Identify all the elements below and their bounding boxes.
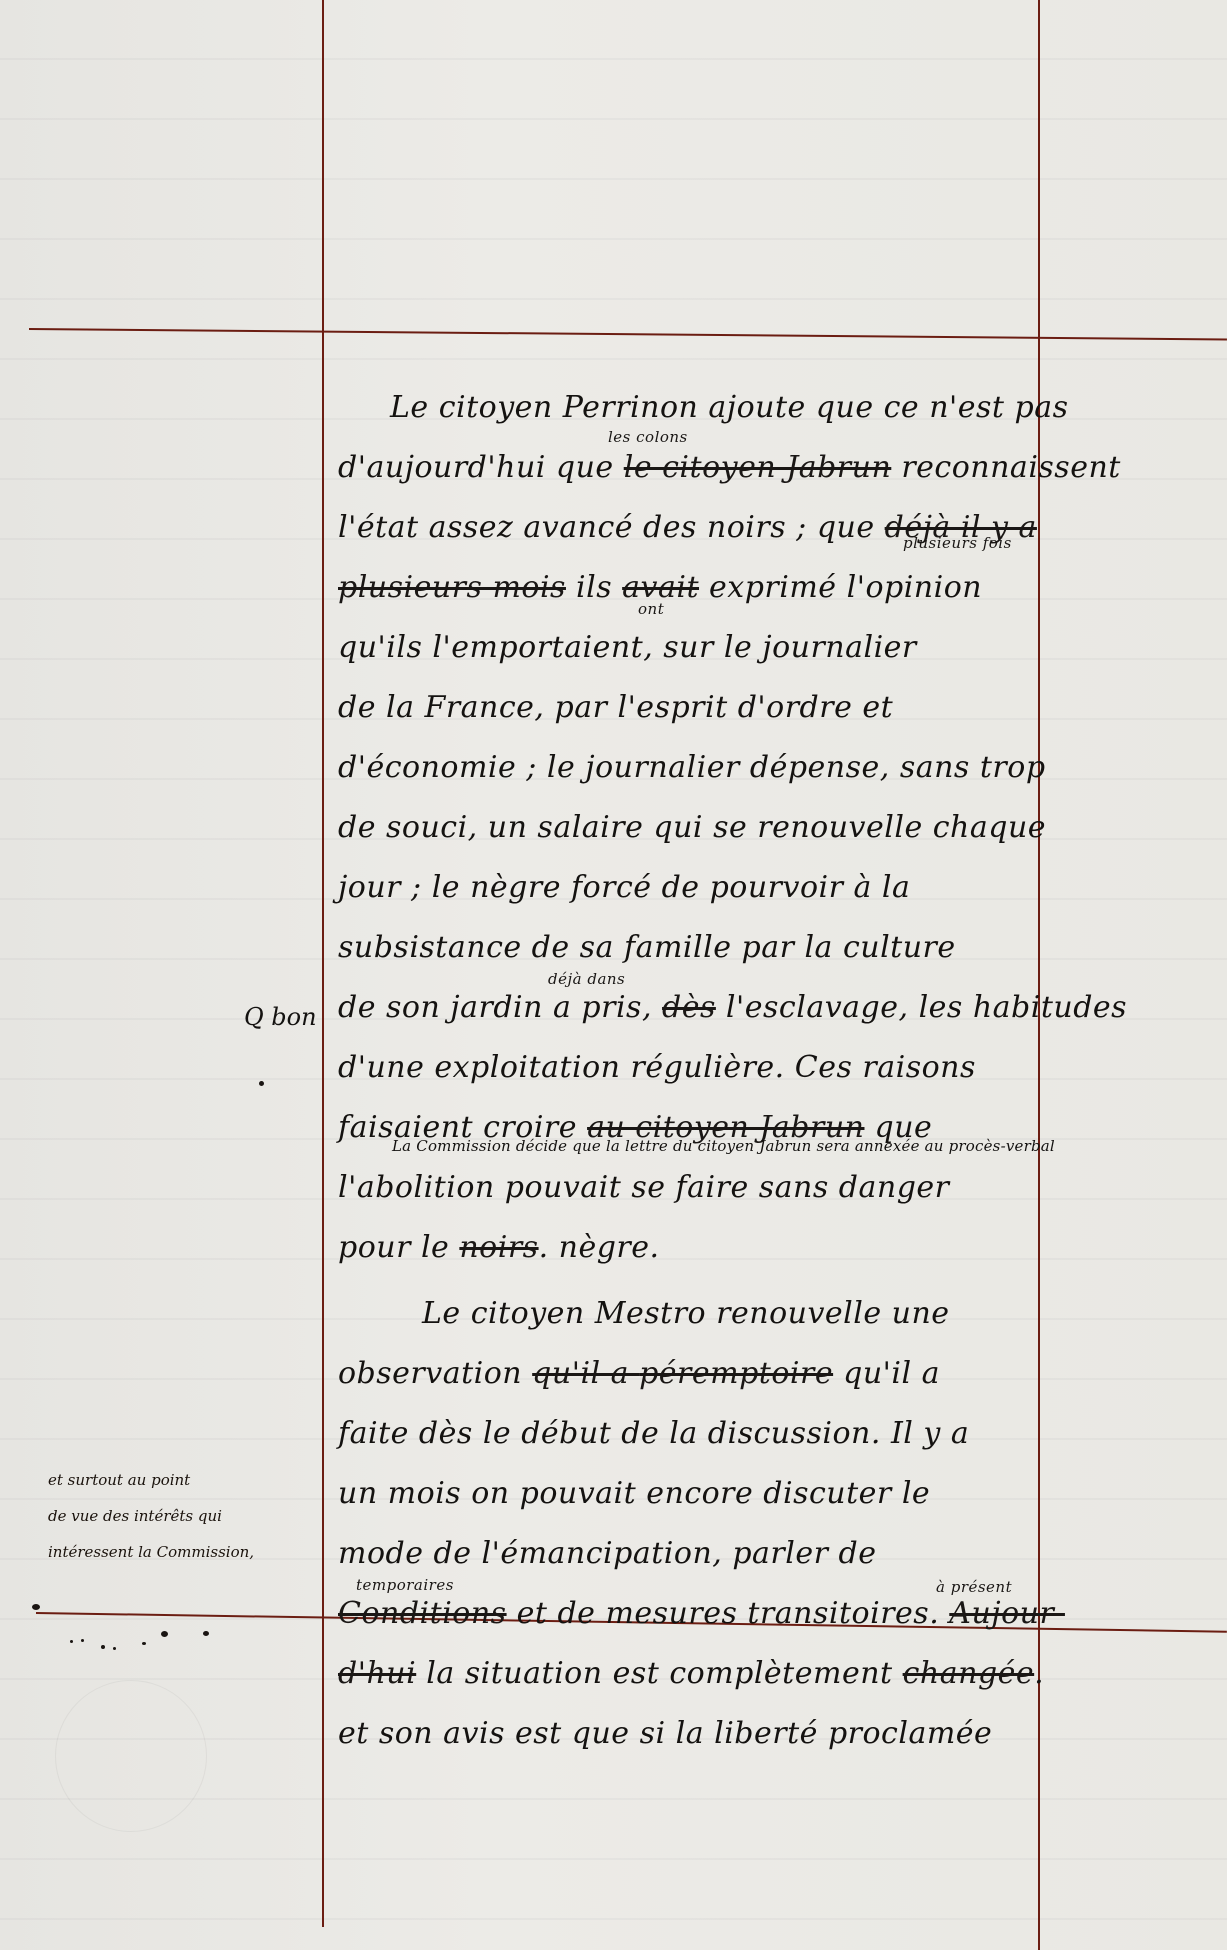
faint-stamp [55, 1680, 207, 1832]
text-line-6: de la France, par l'esprit d'ordre et [338, 678, 1038, 738]
ink-spot [142, 1642, 146, 1645]
interlinear-insertion: temporaires [356, 1578, 454, 1593]
text-line-5: qu'ils l'emportaient, sur le journalier [338, 618, 1038, 678]
margin-note-line: intéressent la Commission, [48, 1534, 288, 1570]
interlinear-insertion: les colons [608, 430, 688, 445]
text-line-10: subsistance de sa famille par la culture [338, 918, 1038, 978]
margin-annotation: et surtout au point de vue des intérêts … [48, 1462, 288, 1570]
strikethrough-text: noirs [459, 1230, 538, 1265]
margin-note-line: de vue des intérêts qui [48, 1498, 288, 1534]
ink-spot [113, 1647, 116, 1650]
manuscript-body: Le citoyen Perrinon ajoute que ce n'est … [338, 378, 1038, 1764]
strikethrough-text: plusieurs mois [338, 570, 566, 605]
ink-spot [161, 1631, 168, 1637]
commission-resolution-note: La Commission décide que la lettre du ci… [392, 1137, 1055, 1155]
strikethrough-text: Conditions [338, 1596, 507, 1631]
text-line-17: observation qu'il a péremptoire qu'il a [338, 1344, 1038, 1404]
strikethrough-text: péremptoire [639, 1356, 833, 1391]
margin-mark-q-bon: Q bon [244, 1003, 317, 1031]
text-line-3: l'état assez avancé des noirs ; que déjà… [338, 498, 1038, 558]
ink-spot [81, 1639, 84, 1642]
text-line-22: d'hui la situation est complètement chan… [338, 1644, 1038, 1704]
ink-spot [32, 1604, 40, 1610]
interlinear-insertion: à présent [936, 1580, 1012, 1595]
text-line-1: Le citoyen Perrinon ajoute que ce n'est … [338, 378, 1038, 438]
strikethrough-text: d'hui [338, 1656, 416, 1691]
text-line-21: Conditions et de mesures transitoires. A… [338, 1584, 1038, 1644]
margin-note-line: et surtout au point [48, 1462, 288, 1498]
strikethrough-text: Aujour- [949, 1596, 1065, 1631]
margin-dot [259, 1081, 264, 1086]
interlinear-insertion: ont [638, 602, 664, 617]
strikethrough-text: dès [662, 990, 716, 1025]
interlinear-insertion: plusieurs fois [903, 536, 1012, 551]
manuscript-page: Le citoyen Perrinon ajoute que ce n'est … [0, 0, 1227, 1950]
left-margin-rule [322, 0, 324, 1927]
strikethrough-text: qu'il a [532, 1356, 639, 1391]
text-line-14: l'abolition pouvait se faire sans danger [338, 1158, 1038, 1218]
text-line-2: d'aujourd'hui que le citoyen Jabrun reco… [338, 438, 1038, 498]
text-line-15: pour le noirs. nègre. [338, 1218, 1038, 1278]
text-line-12: d'une exploitation régulière. Ces raison… [338, 1038, 1038, 1098]
text-line-23: et son avis est que si la liberté procla… [338, 1704, 1038, 1764]
strikethrough-text: changée [903, 1656, 1035, 1691]
text-line-19: un mois on pouvait encore discuter le [338, 1464, 1038, 1524]
ink-spot [203, 1631, 209, 1636]
interlinear-insertion: déjà dans [548, 972, 625, 987]
text-line-20: mode de l'émancipation, parler de [338, 1524, 1038, 1584]
top-horizontal-rule [29, 328, 1227, 340]
text-line-16: Le citoyen Mestro renouvelle une [338, 1284, 1038, 1344]
ink-spot [70, 1640, 73, 1643]
text-line-11: de son jardin a pris, dès l'esclavage, l… [338, 978, 1038, 1038]
ink-spot [101, 1645, 105, 1649]
text-line-18: faite dès le début de la discussion. Il … [338, 1404, 1038, 1464]
text-line-9: jour ; le nègre forcé de pourvoir à la [338, 858, 1038, 918]
text-line-7: d'économie ; le journalier dépense, sans… [338, 738, 1038, 798]
strikethrough-text: le citoyen Jabrun [624, 450, 892, 485]
text-line-4: plusieurs mois ils avait exprimé l'opini… [338, 558, 1038, 618]
text-line-8: de souci, un salaire qui se renouvelle c… [338, 798, 1038, 858]
